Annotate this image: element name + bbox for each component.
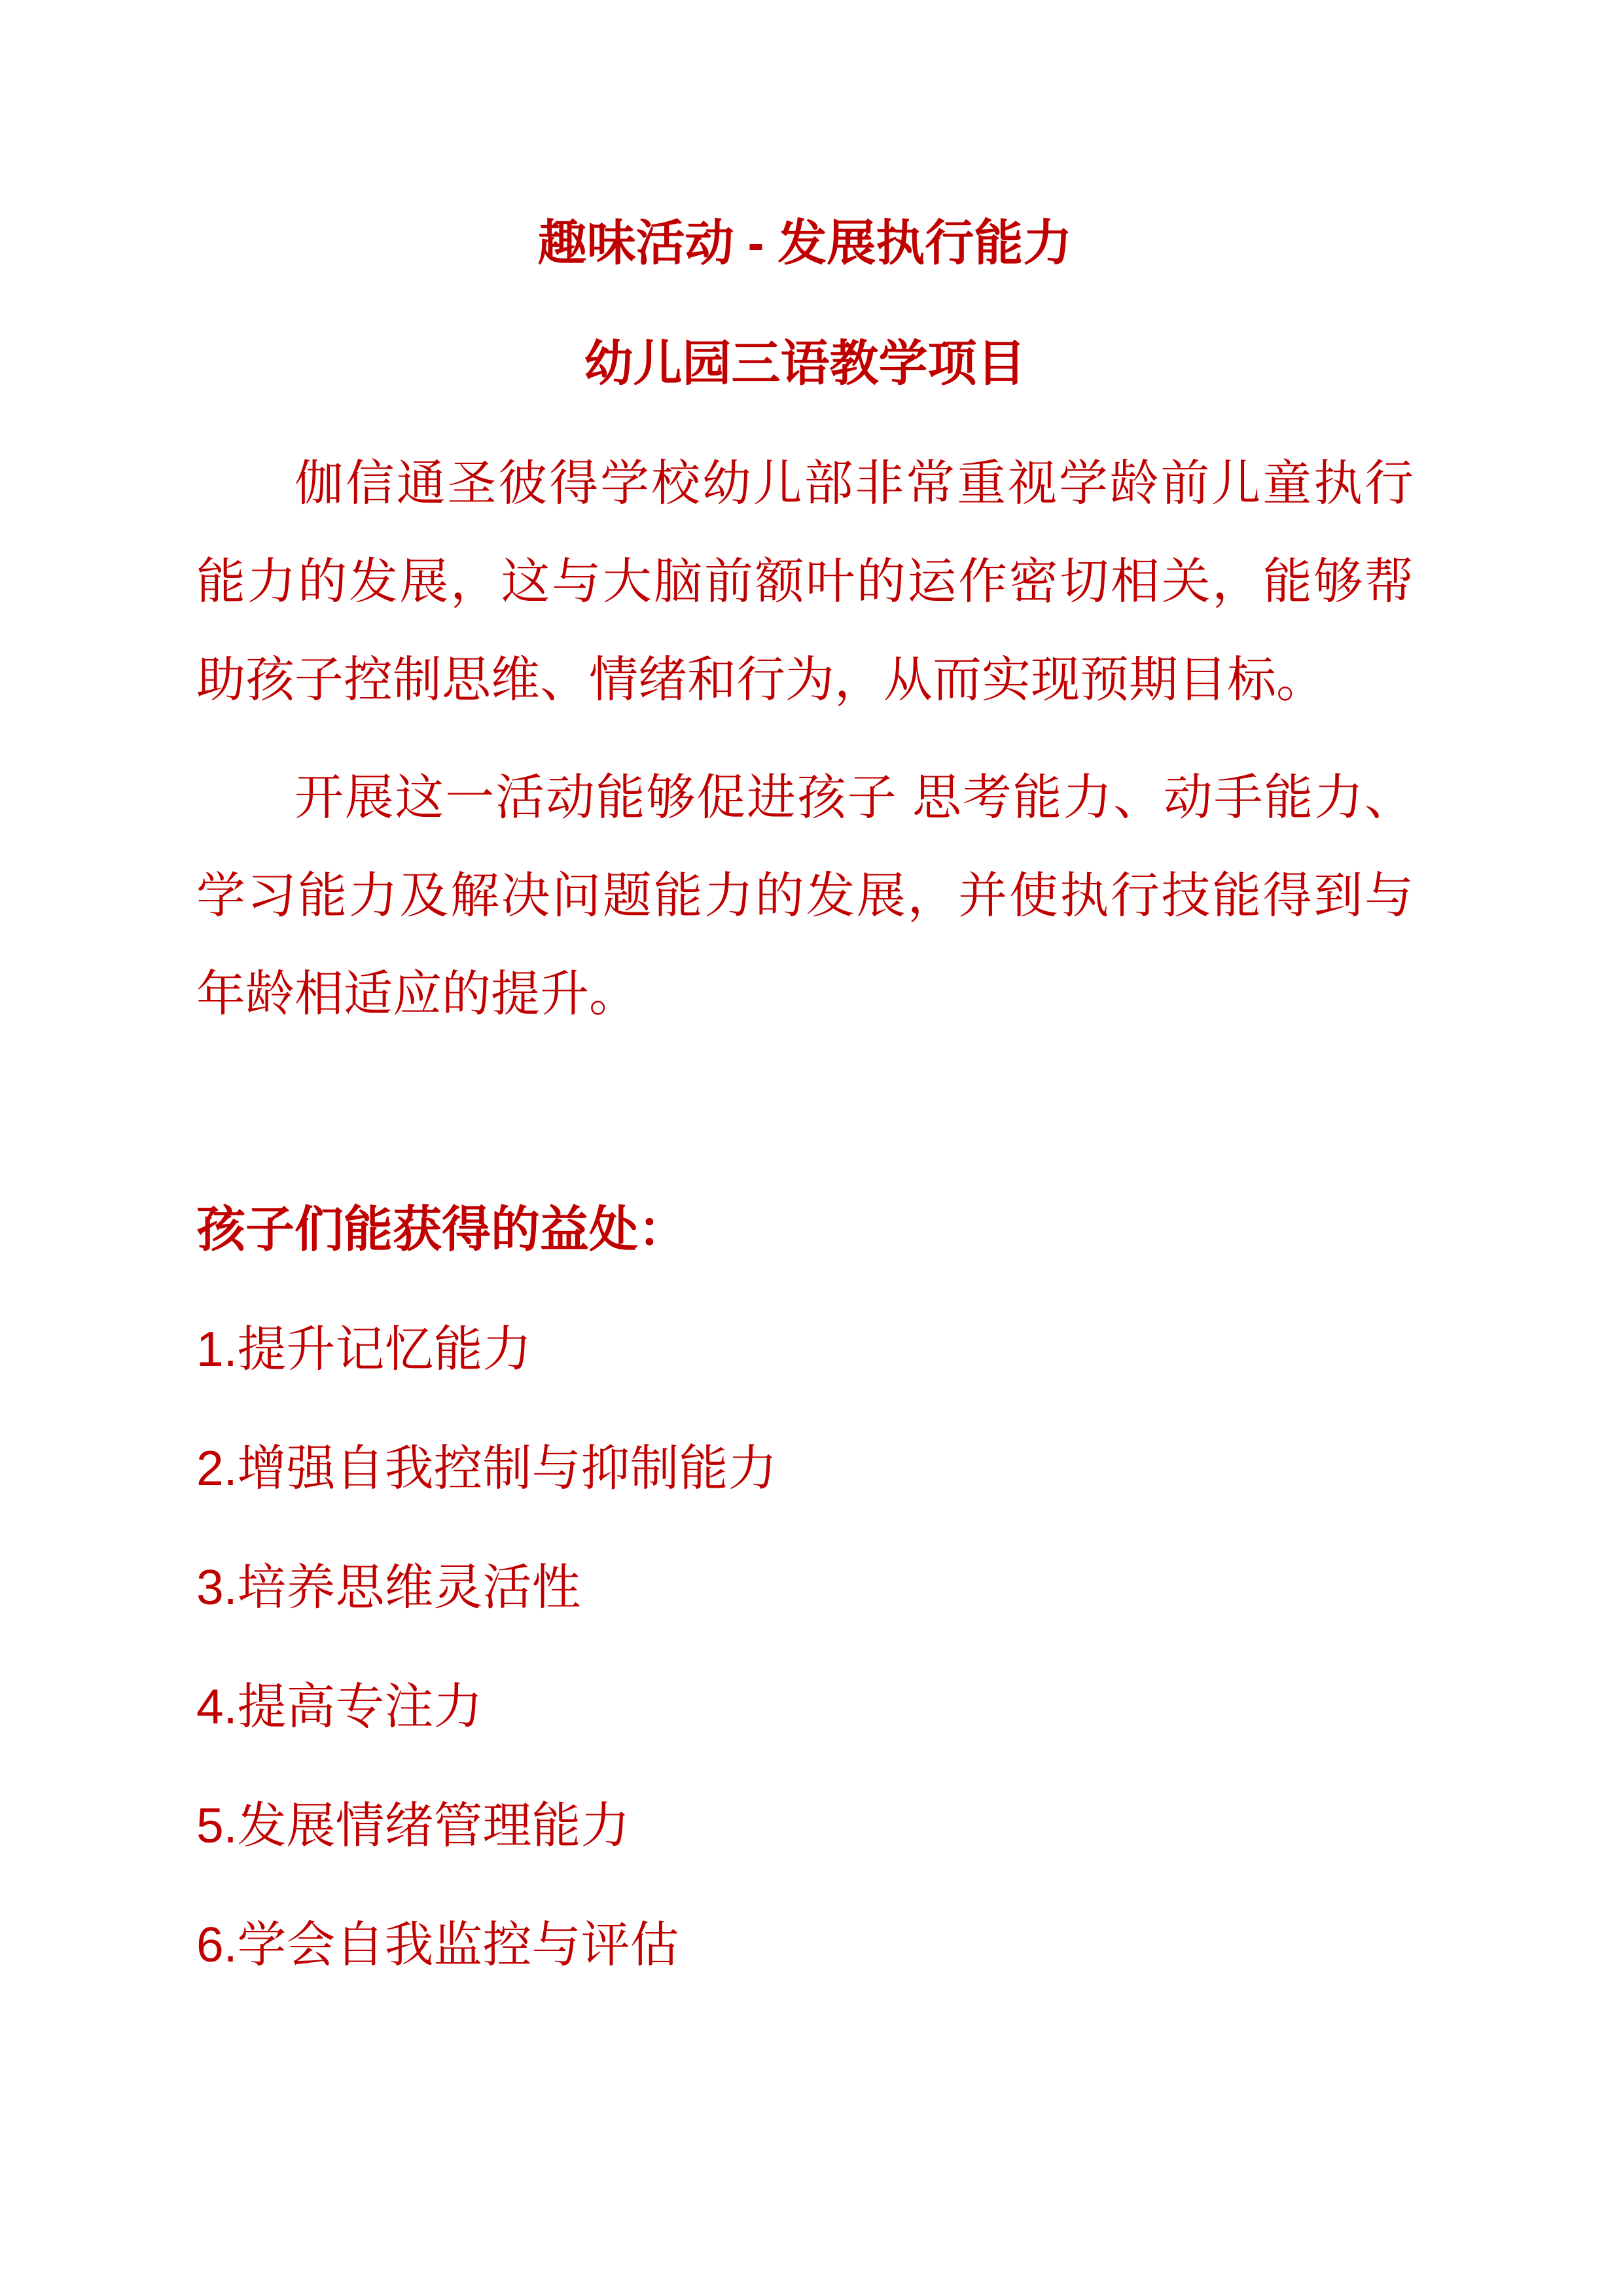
document-subtitle: 幼儿园三语教学项目 xyxy=(196,314,1414,412)
benefit-item-1: 1.提升记忆能力 xyxy=(196,1300,1414,1398)
benefit-item-2: 2.增强自我控制与抑制能力 xyxy=(196,1419,1414,1517)
benefits-heading: 孩子们能获得的益处： xyxy=(196,1180,1414,1278)
paragraph-activity-benefits: 开展这一活动能够促进孩子 思考能力、动手能力、学习能力及解决问题能力的发展，并使… xyxy=(196,748,1414,1043)
benefit-item-5: 5.发展情绪管理能力 xyxy=(196,1776,1414,1874)
benefit-item-4: 4.提高专注力 xyxy=(196,1657,1414,1755)
document-title: 趣味活动 - 发展执行能力 xyxy=(196,194,1414,292)
document-page: 趣味活动 - 发展执行能力 幼儿园三语教学项目 伽信通圣彼得学校幼儿部非常重视学… xyxy=(0,0,1623,2296)
benefit-item-6: 6.学会自我监控与评估 xyxy=(196,1895,1414,1994)
paragraph-executive-skills: 伽信通圣彼得学校幼儿部非常重视学龄前儿童执行能力的发展，这与大脑前额叶的运作密切… xyxy=(196,434,1414,728)
benefit-item-3: 3.培养思维灵活性 xyxy=(196,1538,1414,1636)
